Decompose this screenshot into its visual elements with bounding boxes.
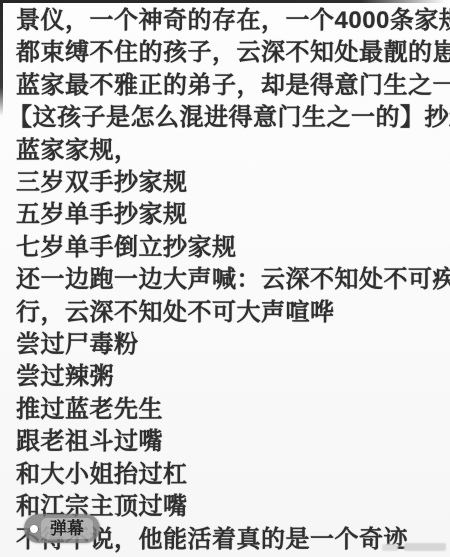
danmaku-toggle-button[interactable]: 弹幕 [24,514,100,543]
watermark [382,543,446,551]
text-line: 七岁单手倒立抄家规 [16,232,446,264]
left-edge-line [0,0,3,116]
text-line: 景仪，一个神奇的存在，一个4000条家规 [16,5,446,37]
text-line: 三岁双手抄家规 [16,167,446,199]
text-line: 【这孩子是怎么混进得意门生之一的】抄遍 [8,102,446,134]
top-edge-line [0,0,450,3]
text-line: 蓝家最不雅正的弟子，却是得意门生之一 [16,70,446,102]
watermark-mark [382,544,398,551]
text-line: 行，云深不知处不可大声喧哗 [16,297,446,329]
text-image-screen: 景仪，一个神奇的存在，一个4000条家规 都束缚不住的孩子，云深不知处最靓的崽，… [0,0,450,557]
danmaku-toggle-label: 弹幕 [41,518,93,539]
text-line: 五岁单手抄家规 [16,199,446,231]
text-line: 还一边跑一边大声喊：云深不知处不可疾 [16,264,446,296]
danmaku-toggle-dot-icon [30,525,38,533]
text-line: 推过蓝老先生 [16,394,446,426]
text-line: 都束缚不住的孩子，云深不知处最靓的崽， [16,37,446,69]
text-block: 景仪，一个神奇的存在，一个4000条家规 都束缚不住的孩子，云深不知处最靓的崽，… [16,5,446,556]
watermark-mark [404,543,446,551]
text-line: 尝过尸毒粉 [16,329,446,361]
text-line: 和大小姐抬过杠 [16,459,446,491]
text-line: 尝过辣粥 [16,361,446,393]
text-line: 蓝家家规， [16,135,446,167]
text-line: 跟老祖斗过嘴 [16,426,446,458]
